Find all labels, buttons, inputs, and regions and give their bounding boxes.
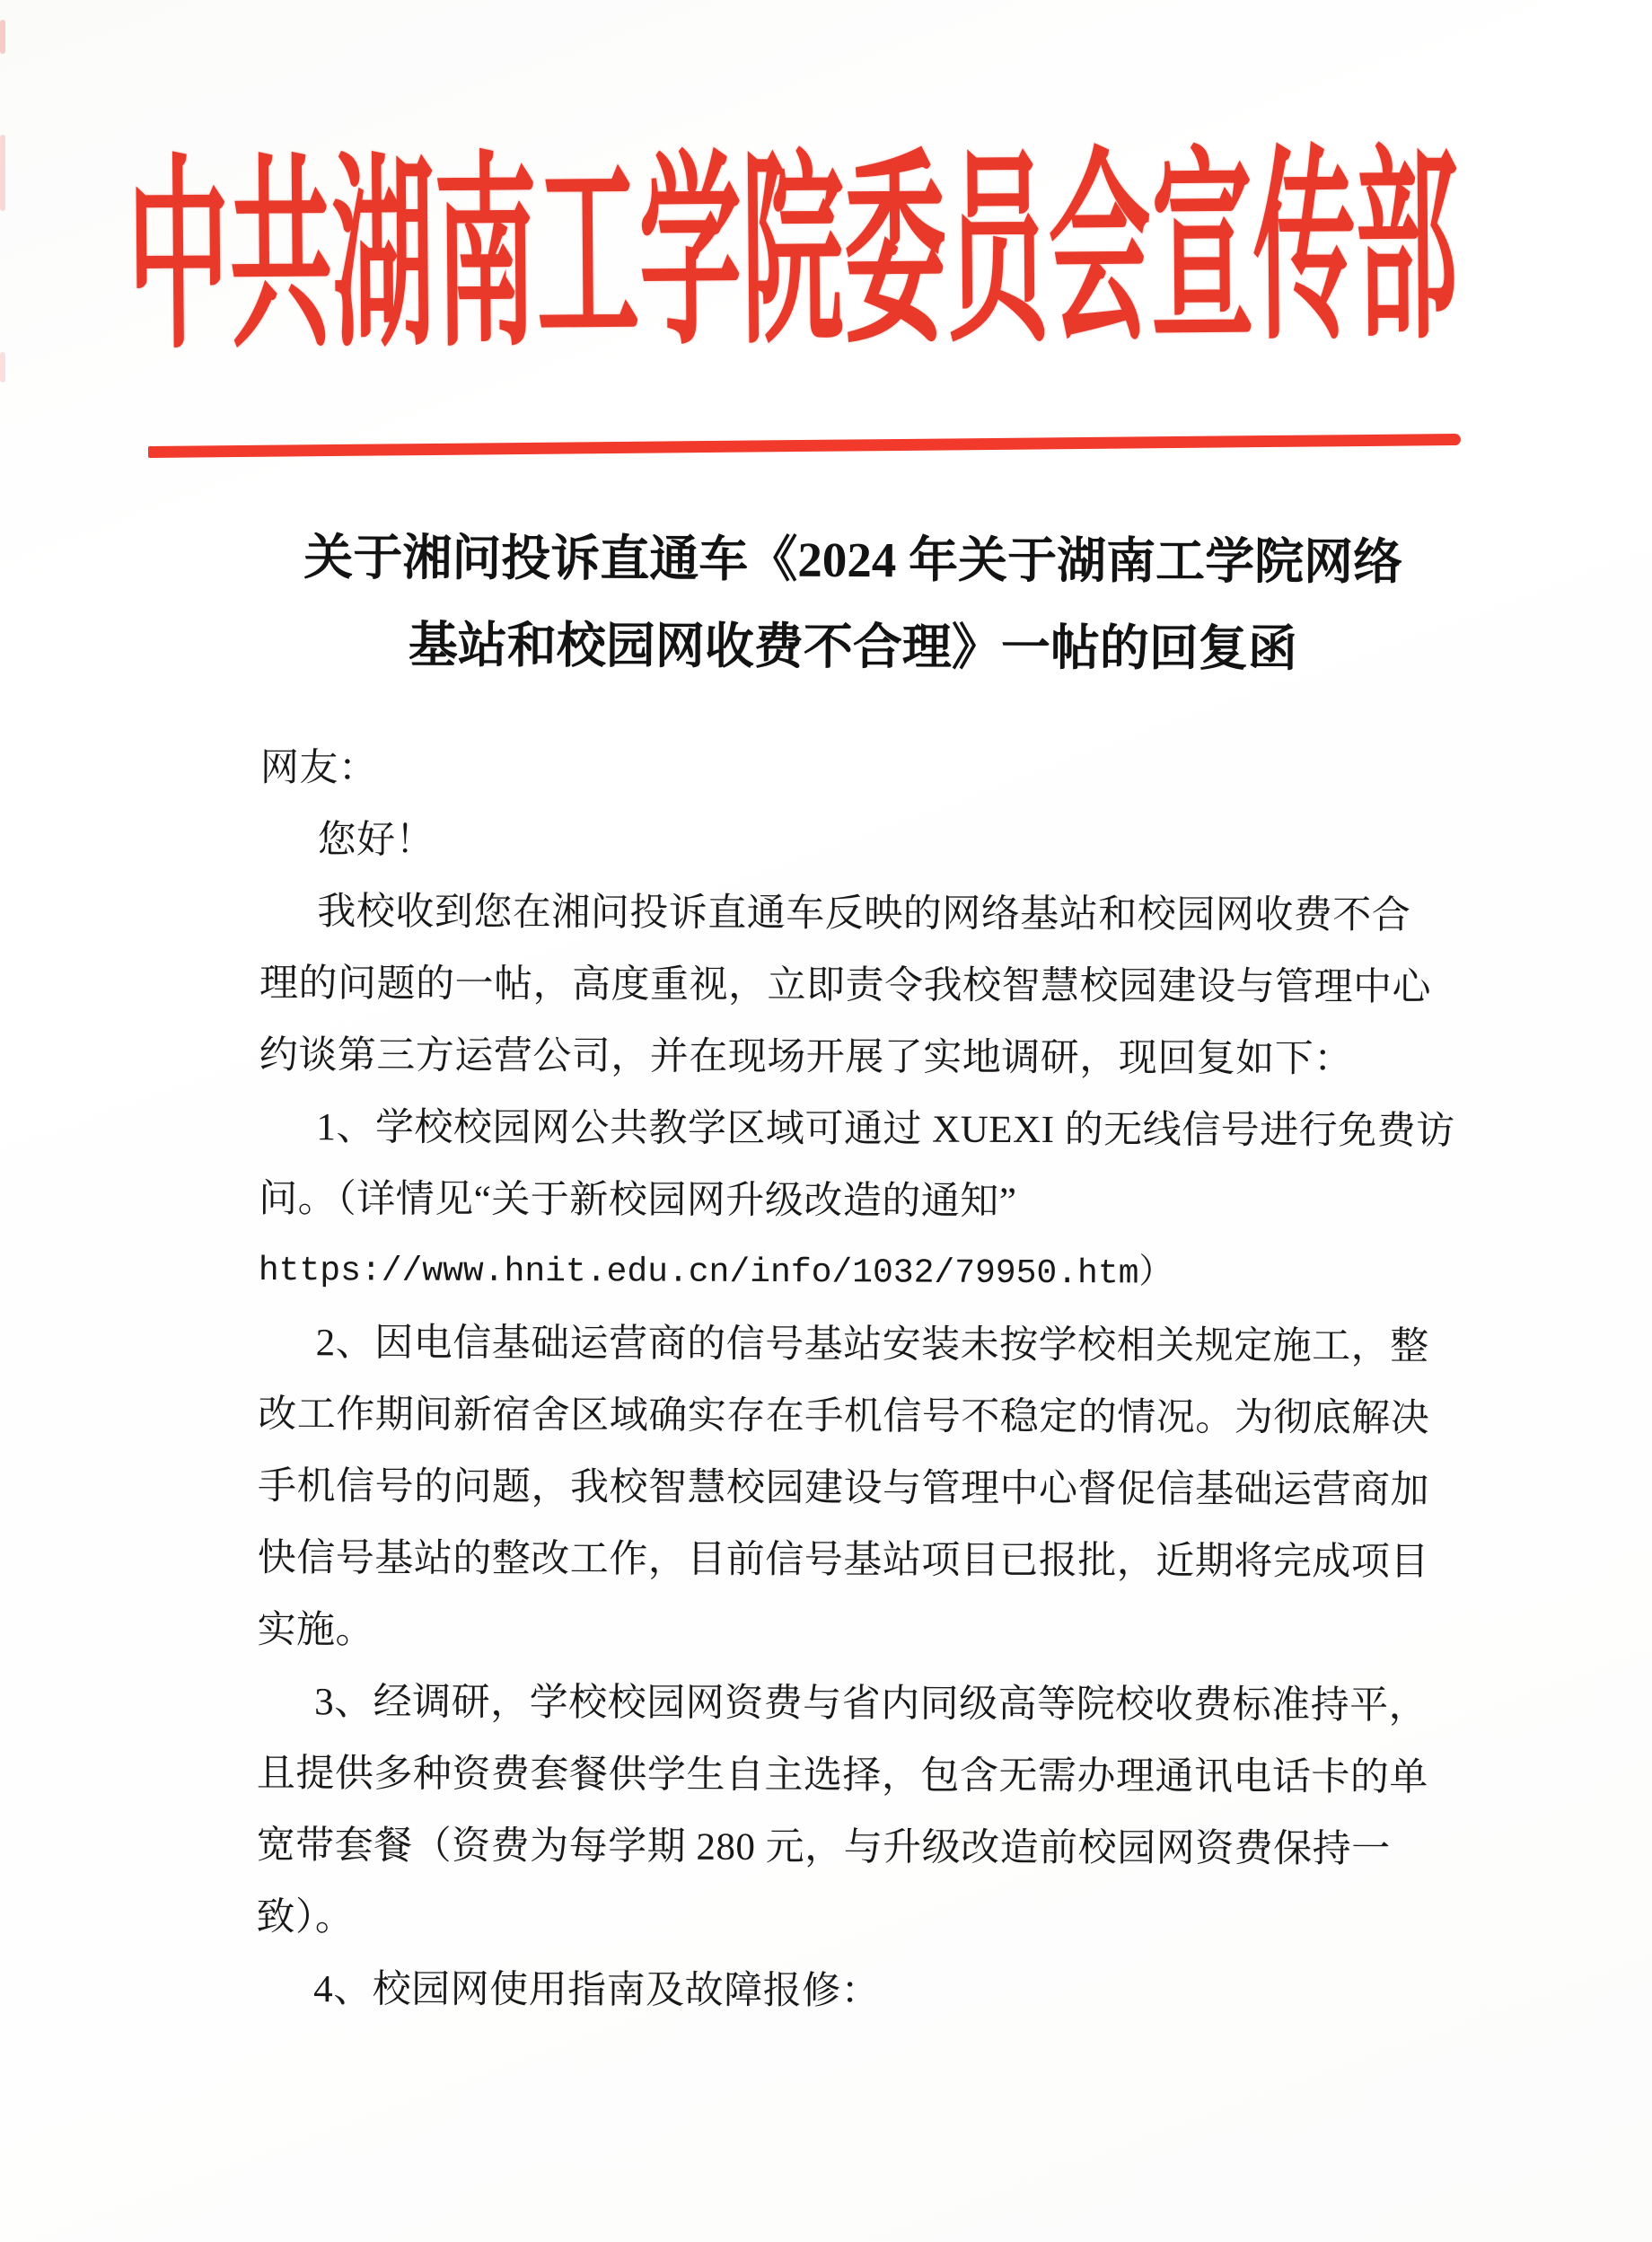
- body-line: 宽带套餐（资费为每学期 280 元，与升级改造前校园网资费保持一: [257, 1810, 1424, 1886]
- document-title-line-2: 基站和校园网收费不合理》一帖的回复函: [260, 601, 1445, 693]
- letterhead-divider-rule: [148, 434, 1461, 458]
- body-line: 实施。: [257, 1595, 1424, 1671]
- body-line: 手机信号的问题，我校智慧校园建设与管理中心督促信基础运营商加: [258, 1451, 1425, 1527]
- letter-body: 网友：您好！我校收到您在湘问投诉直通车反映的网络基站和校园网收费不合理的问题的一…: [256, 733, 1428, 2030]
- body-line: 您好！: [259, 804, 1427, 881]
- body-line: 我校收到您在湘问投诉直通车反映的网络基站和校园网收费不合: [259, 876, 1427, 953]
- scanned-letter-page: 中共湖南工学院委员会宣传部 关于湘问投诉直通车《2024 年关于湖南工学院网络 …: [0, 0, 1652, 2242]
- document-title: 关于湘问投诉直通车《2024 年关于湖南工学院网络 基站和校园网收费不合理》一帖…: [260, 514, 1446, 693]
- scan-edge-artifact: [0, 20, 5, 54]
- body-line: 4、校园网使用指南及故障报修：: [256, 1954, 1423, 2030]
- body-line: 快信号基站的整改工作，目前信号基站项目已报批，近期将完成项目: [258, 1523, 1425, 1599]
- body-line: 1、学校校园网公共教学区域可通过 XUEXI 的无线信号进行免费访: [259, 1092, 1426, 1168]
- letterhead-org-name: 中共湖南工学院委员会宣传部: [0, 145, 1620, 365]
- body-line: 3、经调研，学校校园网资费与省内同级高等院校收费标准持平，: [257, 1666, 1424, 1743]
- body-line: 致）。: [256, 1882, 1423, 1958]
- body-line: 问。（详情见“关于新校园网升级改造的通知”: [259, 1164, 1426, 1240]
- document-title-line-1: 关于湘问投诉直通车《2024 年关于湖南工学院网络: [260, 514, 1445, 606]
- body-line: 理的问题的一帖，高度重视，立即责令我校智慧校园建设与管理中心: [259, 948, 1427, 1024]
- body-line: 网友：: [260, 733, 1428, 809]
- body-line: 且提供多种资费套餐供学生自主选择，包含无需办理通讯电话卡的单: [257, 1738, 1424, 1815]
- body-line: https://www.hnit.edu.cn/info/1032/79950.…: [259, 1235, 1426, 1312]
- body-line: 2、因电信基础运营商的信号基站安装未按学校相关规定施工，整: [258, 1307, 1425, 1384]
- body-line: 改工作期间新宿舍区域确实存在手机信号不稳定的情况。为彻底解决: [258, 1379, 1425, 1455]
- body-line: 约谈第三方运营公司，并在现场开展了实地调研，现回复如下：: [259, 1020, 1427, 1096]
